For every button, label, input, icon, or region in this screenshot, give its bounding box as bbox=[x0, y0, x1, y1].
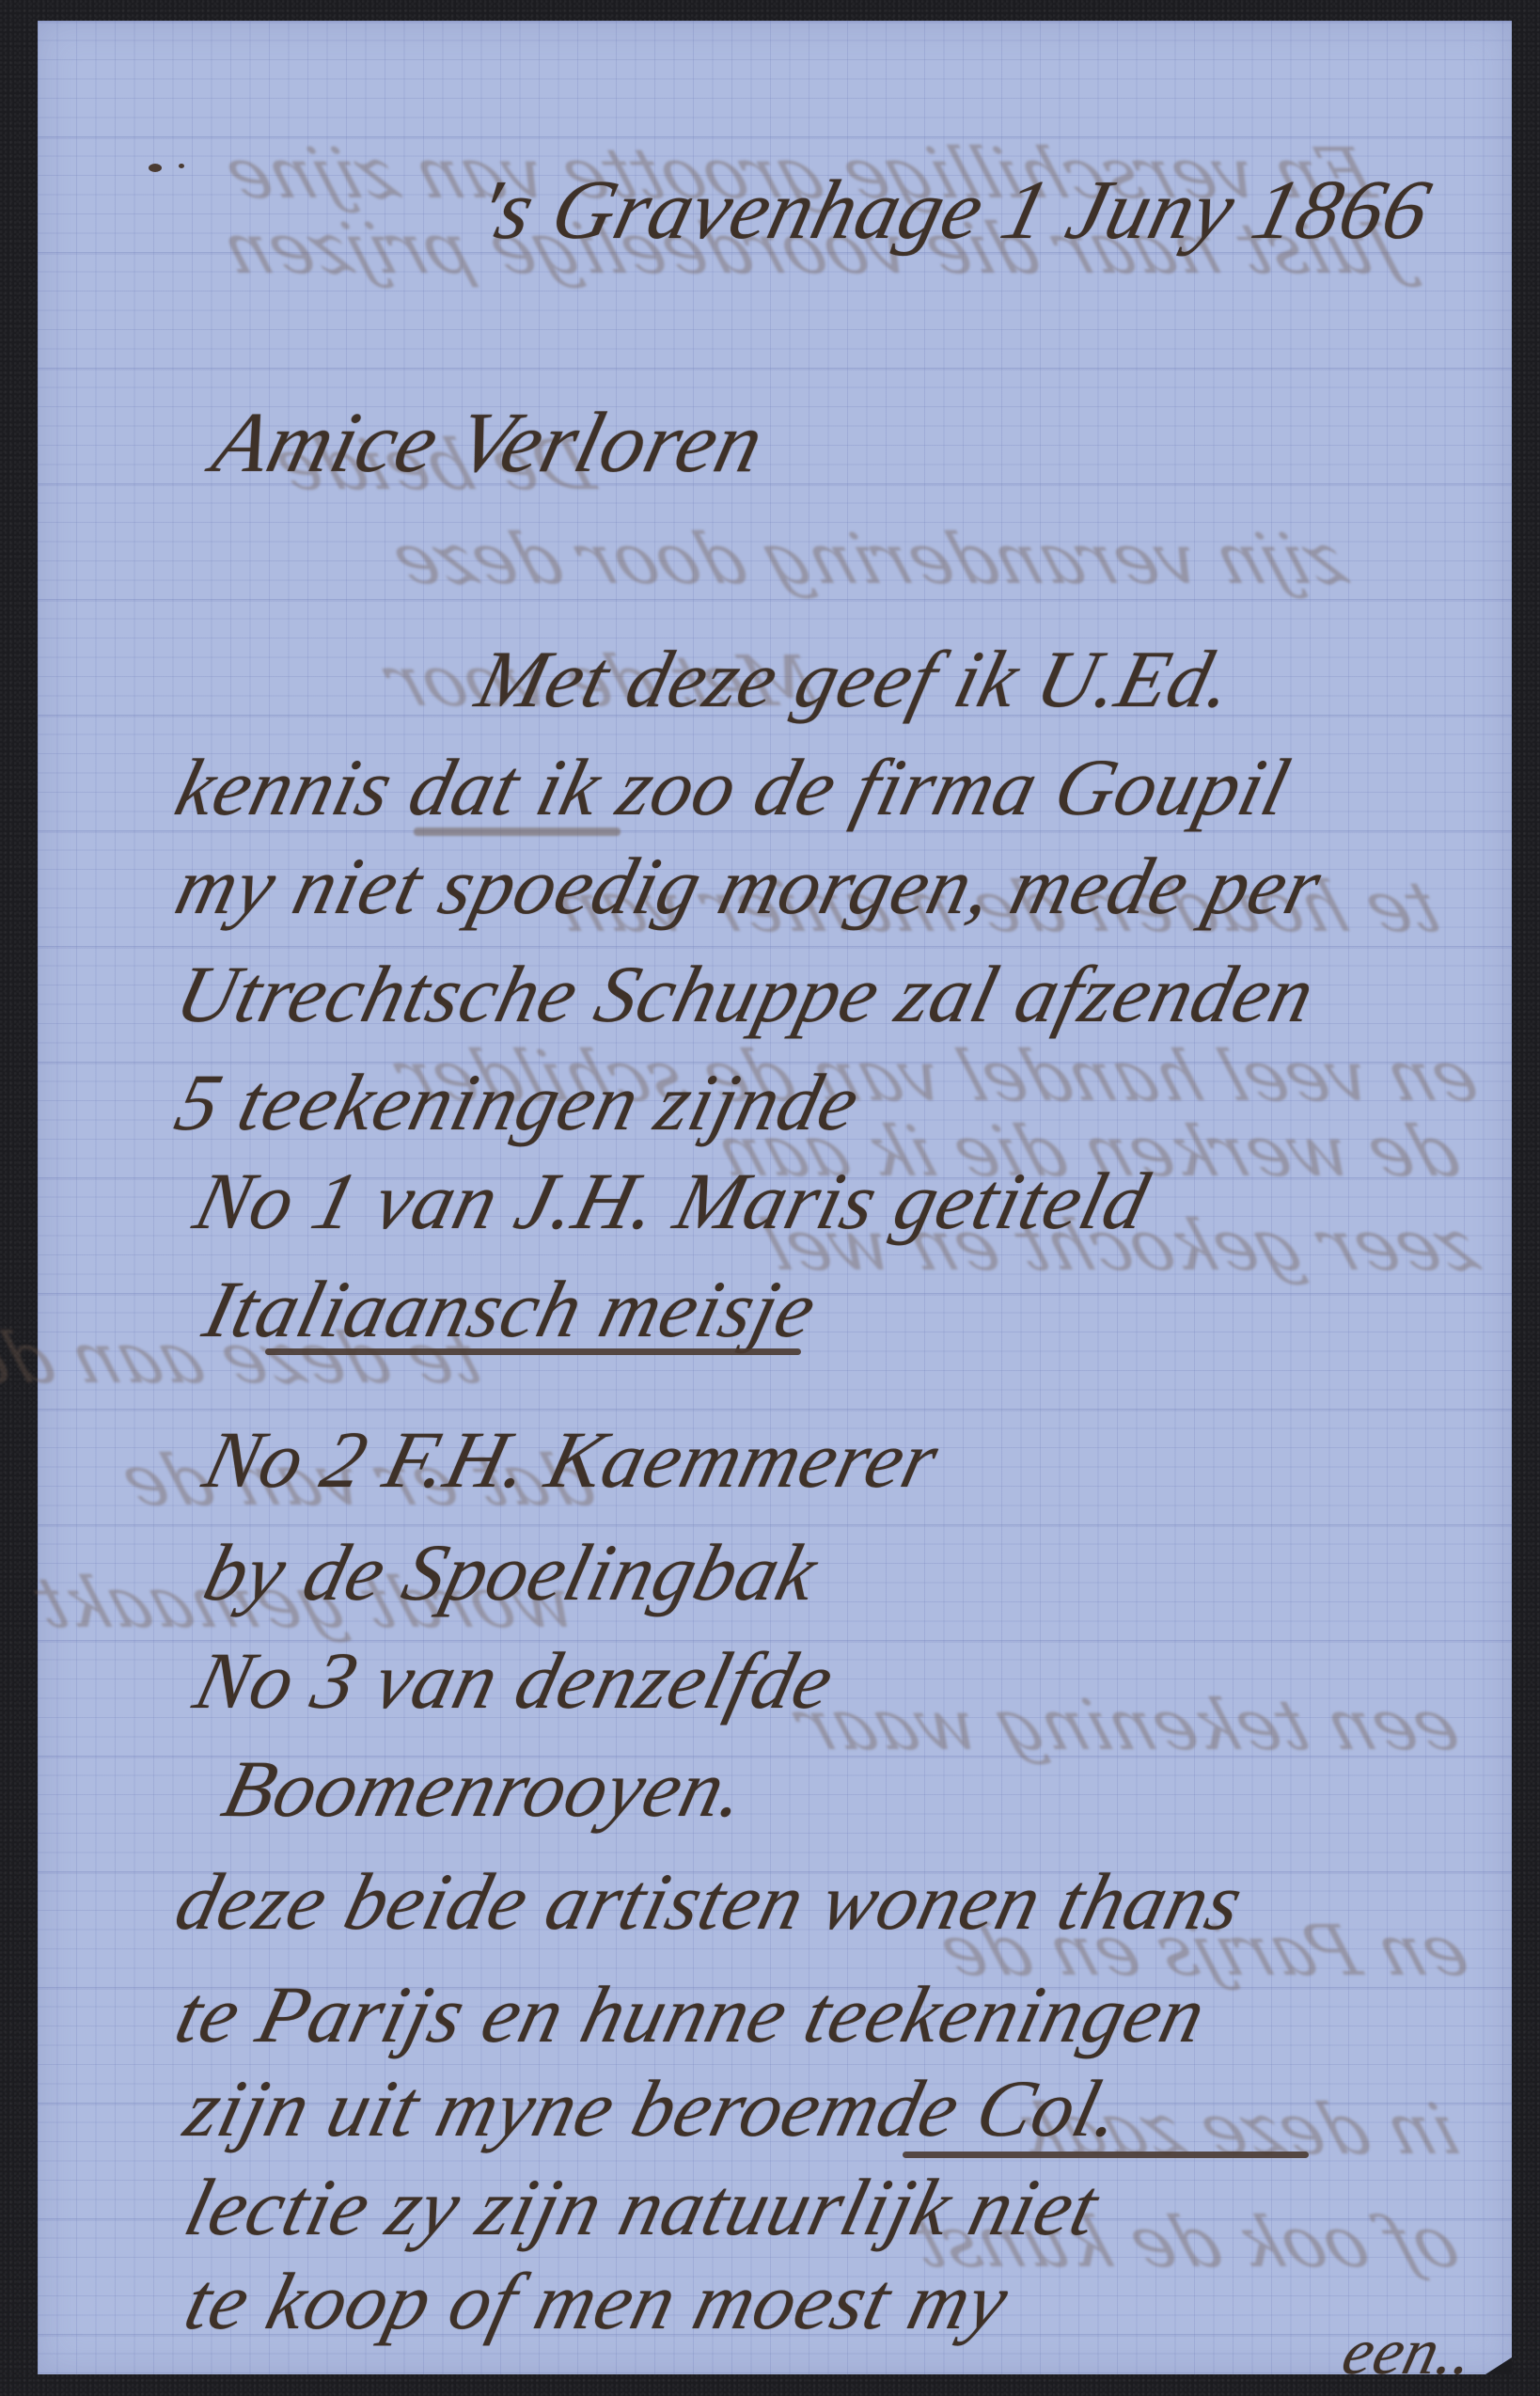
letter-sheet: En verschillige grootte van zijne Juist … bbox=[38, 21, 1512, 2374]
bleed-line: een tekening waar bbox=[786, 1685, 1469, 1766]
letter-line: te Parijs en hunne teekeningen bbox=[167, 1967, 1216, 2061]
letter-line: Utrechtsche Schuppe zal afzenden bbox=[167, 947, 1325, 1041]
faint-ink-stroke bbox=[414, 828, 621, 836]
letter-line: No 1 van J.H. Maris getiteld bbox=[186, 1154, 1159, 1248]
letter-catchword: een.. bbox=[1335, 2315, 1483, 2390]
letter-line: zijn uit myne beroemde Col. bbox=[177, 2061, 1132, 2155]
sheet-corner bbox=[1485, 2357, 1512, 2374]
letter-line: Met deze geef ik U.Ed. bbox=[468, 632, 1244, 726]
letter-line: my niet spoedig morgen, mede per bbox=[167, 839, 1331, 933]
letter-line: Boomenrooyen. bbox=[214, 1742, 757, 1836]
letter-line: 5 teekeningen zijnde bbox=[167, 1055, 870, 1149]
letter-dateline: 's Gravenhage 1 Juny 1866 bbox=[467, 162, 1440, 259]
letter-salutation: Amice Verloren bbox=[204, 392, 775, 492]
underline-beroemde bbox=[903, 2152, 1309, 2158]
ink-spot bbox=[149, 164, 162, 172]
letter-line: lectie zy zijn natuurlijk niet bbox=[177, 2160, 1108, 2254]
bleed-line: zijn verandering door deze bbox=[382, 519, 1356, 600]
ink-spot bbox=[179, 164, 184, 168]
letter-line: kennis dat ik zoo de firma Goupil bbox=[167, 740, 1299, 834]
letter-line: by de Spoelingbak bbox=[196, 1525, 827, 1619]
letter-line: No 2 F.H. Kaemmerer bbox=[196, 1412, 949, 1506]
letter-line: te koop of men moest my bbox=[177, 2254, 1019, 2348]
letter-line: No 3 van denzelfde bbox=[186, 1633, 844, 1727]
underline-italiaansch-meisje bbox=[265, 1348, 801, 1355]
letter-line: deze beide artisten wonen thans bbox=[167, 1854, 1253, 1948]
letter-line-underlined: Italiaansch meisje bbox=[196, 1262, 826, 1356]
